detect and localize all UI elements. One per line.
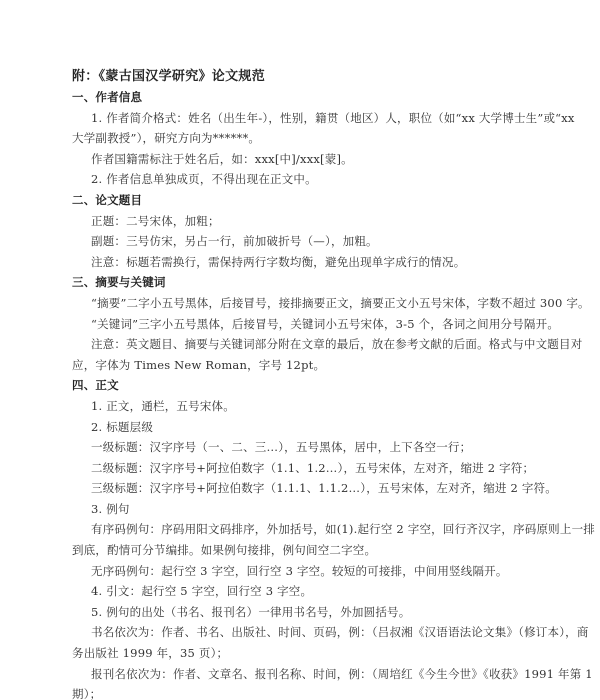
paragraph-line: 有序码例句：序码用阳文码排序，外加括号，如(1).起行空 2 字空，回行齐汉字，…: [72, 519, 538, 540]
paragraph-line: 3. 例句: [72, 499, 538, 520]
paragraph-line: 1. 作者简介格式：姓名（出生年-），性别，籍贯（地区）人，职位（如“xx 大学…: [72, 108, 538, 129]
paragraph-line: 1. 正文，通栏，五号宋体。: [72, 396, 538, 417]
document-page: 附：《蒙古国汉学研究》论文规范 一、作者信息 1. 作者简介格式：姓名（出生年-…: [72, 66, 538, 700]
paragraph-line: 期）；: [72, 684, 538, 700]
paragraph-line: 无序码例句：起行空 3 字空，回行空 3 字空。较短的可接排，中间用竖线隔开。: [72, 561, 538, 582]
section-heading-paper-title: 二、论文题目: [72, 190, 538, 211]
paragraph-line: 大学副教授”），研究方向为******。: [72, 128, 538, 149]
paragraph-line: 一级标题：汉字序号（一、二、三…），五号黑体，居中，上下各空一行；: [72, 437, 538, 458]
paragraph-line: 到底，酌情可分节编排。如果例句接排，例句间空二字空。: [72, 540, 538, 561]
paragraph-line: 务出版社 1999 年，35 页）；: [72, 643, 538, 664]
document-title: 附：《蒙古国汉学研究》论文规范: [72, 66, 538, 87]
paragraph-line: 作者国籍需标注于姓名后，如：xxx[中]/xxx[蒙]。: [72, 149, 538, 170]
paragraph-line: 应，字体为 Times New Roman，字号 12pt。: [72, 355, 538, 376]
paragraph-line: 三级标题：汉字序号+阿拉伯数字（1.1.1、1.1.2…），五号宋体，左对齐，缩…: [72, 478, 538, 499]
paragraph-line: 注意：英文题目、摘要与关键词部分附在文章的最后，放在参考文献的后面。格式与中文题…: [72, 334, 538, 355]
section-heading-author-info: 一、作者信息: [72, 87, 538, 108]
paragraph-line: 二级标题：汉字序号+阿拉伯数字（1.1、1.2…），五号宋体，左对齐，缩进 2 …: [72, 458, 538, 479]
paragraph-line: 书名依次为：作者、书名、出版社、时间、页码，例：（吕叔湘《汉语语法论文集》（修订…: [72, 622, 538, 643]
paragraph-line: 副题：三号仿宋，另占一行，前加破折号（—），加粗。: [72, 231, 538, 252]
paragraph-line: “摘要”二字小五号黑体，后接冒号，接排摘要正文，摘要正文小五号宋体，字数不超过 …: [72, 293, 538, 314]
paragraph-line: 5. 例句的出处（书名、报刊名）一律用书名号，外加圆括号。: [72, 602, 538, 623]
paragraph-line: 4. 引文：起行空 5 字空，回行空 3 字空。: [72, 581, 538, 602]
paragraph-line: “关键词”三字小五号黑体，后接冒号，关键词小五号宋体，3-5 个，各词之间用分号…: [72, 314, 538, 335]
paragraph-line: 报刊名依次为：作者、文章名、报刊名称、时间，例：（周培红《今生今世》《收获》19…: [72, 664, 538, 685]
section-heading-abstract-keywords: 三、摘要与关键词: [72, 272, 538, 293]
paragraph-line: 注意：标题若需换行，需保持两行字数均衡，避免出现单字成行的情况。: [72, 252, 538, 273]
paragraph-line: 2. 作者信息单独成页，不得出现在正文中。: [72, 169, 538, 190]
paragraph-line: 正题：二号宋体，加粗；: [72, 211, 538, 232]
paragraph-line: 2. 标题层级: [72, 417, 538, 438]
section-heading-body-text: 四、正文: [72, 375, 538, 396]
